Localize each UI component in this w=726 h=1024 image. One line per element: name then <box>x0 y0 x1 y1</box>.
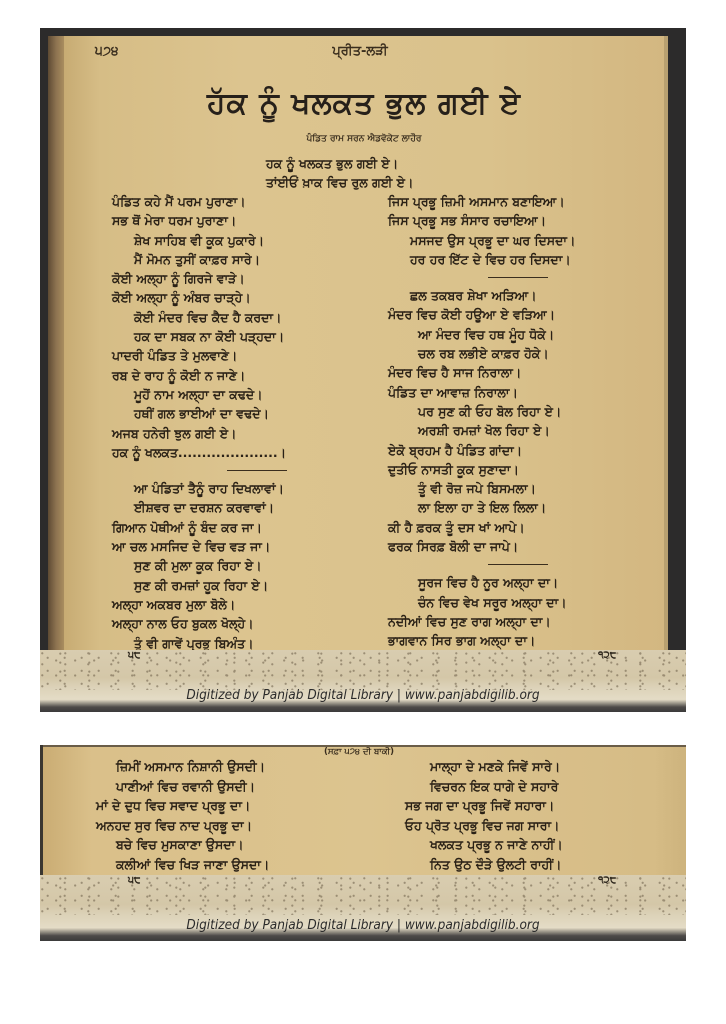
verse-line: ਮਸਜਦ ਉਸ ਪ੍ਰਭੂ ਦਾ ਘਰ ਦਿਸਦਾ। <box>388 231 658 250</box>
verse-line: ਪਾਦਰੀ ਪੰਡਿਤ ਤੇ ਮੁਲਵਾਣੇ। <box>112 346 382 365</box>
verse-line: ਸ਼ੇਖ ਸਾਹਿਬ ਵੀ ਕੂਕ ਪੁਕਾਰੇ। <box>112 231 382 250</box>
verse-line: ਪੰਡਿਤ ਕਹੇ ਮੈਂ ਪਰਮ ਪੁਰਾਣਾ। <box>112 192 382 211</box>
stanza-divider <box>488 564 548 565</box>
verse-line: ਅਲ੍ਹਾ ਨਾਲ ਓਹ ਬੁਕਲ ਖੋਲ੍ਹੇ। <box>112 614 382 633</box>
verse-line: ਕੋਈ ਮੰਦਰ ਵਿਚ ਕੈਦ ਹੈ ਕਰਦਾ। <box>112 308 382 327</box>
verse-line: ਅਰਸ਼ੀ ਰਮਜ਼ਾਂ ਖੋਲ ਰਿਹਾ ਏ। <box>388 421 658 440</box>
verse-line: ਜਿਸ ਪ੍ਰਭੂ ਸਭ ਸੰਸਾਰ ਰਚਾਇਆ। <box>388 211 658 230</box>
verse-line: ਨਦੀਆਂ ਵਿਚ ਸੁਣ ਰਾਗ ਅਲ੍ਹਾ ਦਾ। <box>388 612 658 631</box>
verse-line: ਆ ਚਲ ਮਸਜਿਦ ਦੇ ਵਿਚ ਵੜ ਜਾ। <box>112 537 382 556</box>
verse-line: ਕੋਈ ਅਲ੍ਹਾ ਨੂੰ ਅੰਬਰ ਚਾੜ੍ਹੇ। <box>112 288 382 307</box>
verse-line: ਫਰਕ ਸਿਰਫ਼ ਬੋਲੀ ਦਾ ਜਾਪੇ। <box>388 537 658 556</box>
verse-line: ਜਿਸ ਪ੍ਰਭੂ ਜ਼ਿਮੀ ਅਸਮਾਨ ਬਣਾਇਆ। <box>388 192 658 211</box>
refrain-line: ਤਾਂਈਓਂ ਖ਼ਾਕ ਵਿਚ ਰੁਲ ਗਈ ਏ। <box>266 173 413 192</box>
verse-line: ਮੰਦਰ ਵਿਚ ਹੈ ਸਾਜ ਨਿਰਾਲਾ। <box>388 363 658 382</box>
verse-line: ਪਾਣੀਆਂ ਵਿਚ ਰਵਾਨੀ ਉਸਦੀ। <box>96 777 269 797</box>
left-column: ਜ਼ਿਮੀਂ ਅਸਮਾਨ ਨਿਸ਼ਾਨੀ ਉਸਦੀ। ਪਾਣੀਆਂ ਵਿਚ ਰਵ… <box>96 757 269 875</box>
right-column: ਜਿਸ ਪ੍ਰਭੂ ਜ਼ਿਮੀ ਅਸਮਾਨ ਬਣਾਇਆ। ਜਿਸ ਪ੍ਰਭੂ ਸ… <box>388 192 658 674</box>
right-column: ਮਾਲ੍ਹਾ ਦੇ ਮਣਕੇ ਜਿਵੇਂ ਸਾਰੇ। ਵਿਚਰਨ ਇਕ ਧਾਗੇ… <box>430 757 563 875</box>
page-number: ੫੭੪ <box>95 44 119 59</box>
folio-mark-left: ੫੮ <box>128 875 141 886</box>
magazine-name: ਪ੍ਰੀਤ-ਲੜੀ <box>300 44 420 59</box>
verse-line: ਮੂਹੋਂ ਨਾਮ ਅਲ੍ਹਾ ਦਾ ਕਢਦੇ। <box>112 385 382 404</box>
verse-line: ਕਲੀਆਂ ਵਿਚ ਖਿੜ ਜਾਣਾ ਉਸਦਾ। <box>96 855 269 875</box>
verse-line: ਆ ਮੰਦਰ ਵਿਚ ਹਥ ਮੂੰਹ ਧੋਕੇ। <box>388 325 658 344</box>
verse-line: ਆ ਪੰਡਿਤਾਂ ਤੈਨੂੰ ਰਾਹ ਦਿਖਲਾਵਾਂ। <box>112 479 382 498</box>
poem-author: ਪੰਡਿਤ ਰਾਮ ਸਰਨ ਐਡਵੋਕੇਟ ਲਾਹੌਰ <box>64 134 664 144</box>
verse-line: ਬਚੇ ਵਿਚ ਮੁਸਕਾਣਾ ਉਸਦਾ। <box>96 835 269 855</box>
verse-line: ਸਭ ਜਗ ਦਾ ਪ੍ਰਭੂ ਜਿਵੇਂ ਸਹਾਰਾ। <box>405 796 563 816</box>
verse-line: ਅਨਹਦ ਸੁਰ ਵਿਚ ਨਾਦ ਪ੍ਰਭੂ ਦਾ। <box>96 816 269 836</box>
verse-line: ਏਕੋ ਬ੍ਰਹਮ ਹੈ ਪੰਡਿਤ ਗਾਂਦਾ। <box>388 441 658 460</box>
page-edge <box>664 36 668 662</box>
stanza-divider <box>488 277 548 278</box>
verse-line: ਪਰ ਸੁਣ ਕੀ ਓਹ ਬੋਲ ਰਿਹਾ ਏ। <box>388 402 658 421</box>
verse-line: ਪੰਡਿਤ ਦਾ ਆਵਾਜ਼ ਨਿਰਾਲਾ। <box>388 383 658 402</box>
verse-line: ਗਿਆਨ ਪੋਥੀਆਂ ਨੂੰ ਬੰਦ ਕਰ ਜਾ। <box>112 518 382 537</box>
verse-line: ਰਬ ਦੇ ਰਾਹ ਨੂੰ ਕੋਈ ਨ ਜਾਣੇ। <box>112 366 382 385</box>
verse-line: ਨਿਤ ਉਠ ਦੌੜੇ ਉਲਟੀ ਰਾਹੀਂ। <box>430 855 563 875</box>
verse-line: ਭਾਗਵਾਨ ਸਿਰ ਭਾਗ ਅਲ੍ਹਾ ਦਾ। <box>388 631 658 650</box>
poem-title: ਹੱਕ ਨੂੰ ਖਲਕਤ ਭੁਲ ਗਈ ਏ <box>64 86 664 121</box>
verse-line: ਹਥੀਂ ਗਲ ਭਾਈਆਂ ਦਾ ਵਢਦੇ। <box>112 404 382 423</box>
verse-line: ਦੁਤੀਓ ਨਾਸਤੀ ਕੂਕ ਸੁਣਾਦਾ। <box>388 460 658 479</box>
verse-line: ਸਭ ਥੋਂ ਮੇਰਾ ਧਰਮ ਪੁਰਾਣਾ। <box>112 211 382 230</box>
scan-page-574: ੫੭੪ ਪ੍ਰੀਤ-ਲੜੀ ਹੱਕ ਨੂੰ ਖਲਕਤ ਭੁਲ ਗਈ ਏ ਪੰਡਿ… <box>40 28 686 712</box>
verse-line: ਜ਼ਿਮੀਂ ਅਸਮਾਨ ਨਿਸ਼ਾਨੀ ਉਸਦੀ। <box>96 757 269 777</box>
verse-line: ਸੂਰਜ ਵਿਚ ਹੈ ਨੂਰ ਅਲ੍ਹਾ ਦਾ। <box>388 573 658 592</box>
stanza-divider <box>227 470 287 471</box>
verse-line: ਈਸ਼ਵਰ ਦਾ ਦਰਸ਼ਨ ਕਰਵਾਵਾਂ। <box>112 498 382 517</box>
verse-line: ਹਕ ਦਾ ਸਬਕ ਨਾ ਕੋਈ ਪੜ੍ਹਦਾ। <box>112 327 382 346</box>
verse-line: ਓਹ ਪ੍ਰੋਤ ਪ੍ਰਭੂ ਵਿਚ ਜਗ ਸਾਰਾ। <box>405 816 563 836</box>
verse-line: ਮੈਂ ਮੋਮਨ ਤੁਸੀਂ ਕਾਫ਼ਰ ਸਾਰੇ। <box>112 250 382 269</box>
verse-line: ਚੰਨ ਵਿਚ ਵੇਖ ਸਰੂਰ ਅਲ੍ਹਾ ਦਾ। <box>388 593 658 612</box>
left-column: ਪੰਡਿਤ ਕਹੇ ਮੈਂ ਪਰਮ ਪੁਰਾਣਾ। ਸਭ ਥੋਂ ਮੇਰਾ ਧਰ… <box>112 192 382 672</box>
verse-line: ਸੁਣ ਕੀ ਰਮਜ਼ਾਂ ਹੂਕ ਰਿਹਾ ਏ। <box>112 576 382 595</box>
verse-line: ਹਕ ਨੂੰ ਖਲਕਤ.....................। <box>112 443 382 462</box>
verse-line: ਤੂੰ ਵੀ ਰੋਜ਼ ਜਪੇ ਬਿਸਮਲਾ। <box>388 479 658 498</box>
verse-line: ਮਾਂ ਦੇ ਦੁਧ ਵਿਚ ਸਵਾਦ ਪ੍ਰਭੂ ਦਾ। <box>96 796 269 816</box>
page-edge <box>40 745 43 875</box>
scan-page-575-continuation: (ਸਫ਼ਾ ੫੭੪ ਦੀ ਬਾਕੀ) ਜ਼ਿਮੀਂ ਅਸਮਾਨ ਨਿਸ਼ਾਨੀ … <box>40 745 686 941</box>
verse-line: ਵਿਚਰਨ ਇਕ ਧਾਗੇ ਦੇ ਸਹਾਰੇ <box>430 777 563 797</box>
verse-line: ਛਲ ਤਕਬਰ ਸ਼ੇਖਾ ਅੜਿਆ। <box>388 286 658 305</box>
verse-line: ਅਜਬ ਹਨੇਰੀ ਝੁਲ ਗਈ ਏ। <box>112 424 382 443</box>
verse-line: ਸੁਣ ਕੀ ਮੁਲਾ ਕੂਕ ਰਿਹਾ ਏ। <box>112 556 382 575</box>
verse-line: ਕੀ ਹੈ ਫ਼ਰਕ ਤੂੰ ਦਸ ਖਾਂ ਆਪੇ। <box>388 518 658 537</box>
verse-line: ਲਾ ਇਲਾ ਹਾ ਤੇ ਇਲ ਲਿਲਾ। <box>388 498 658 517</box>
verse-line: ਕੋਈ ਅਲ੍ਹਾ ਨੂੰ ਗਿਰਜੇ ਵਾੜੇ। <box>112 269 382 288</box>
verse-line: ਚਲ ਰਬ ਲਭੀਏ ਕਾਫ਼ਰ ਹੋਕੇ। <box>388 344 658 363</box>
digitized-credit: Digitized by Panjab Digital Library | ww… <box>40 917 686 933</box>
folio-mark-right: ੧੨੮ <box>598 650 616 661</box>
refrain-line: ਹਕ ਨੂੰ ਖਲਕਤ ਭੁਲ ਗਈ ਏ। <box>266 154 413 173</box>
verse-line: ਹਰ ਹਰ ਇੱਟ ਦੇ ਵਿਚ ਹਰ ਦਿਸਦਾ। <box>388 250 658 269</box>
folio-mark-left: ੫੮ <box>128 650 141 661</box>
verse-line: ਮੰਦਰ ਵਿਚ ਕੋਈ ਹਊਆ ਏ ਵੜਿਆ। <box>388 305 658 324</box>
poem-refrain: ਹਕ ਨੂੰ ਖਲਕਤ ਭੁਲ ਗਈ ਏ। ਤਾਂਈਓਂ ਖ਼ਾਕ ਵਿਚ ਰੁ… <box>266 154 413 192</box>
verse-line: ਖਲਕਤ ਪ੍ਰਭੂ ਨ ਜਾਣੇ ਨਾਹੀਂ। <box>430 835 563 855</box>
digitized-credit: Digitized by Panjab Digital Library | ww… <box>40 687 686 703</box>
continuation-header: (ਸਫ਼ਾ ੫੭੪ ਦੀ ਬਾਕੀ) <box>324 747 394 757</box>
folio-mark-right: ੧੨੮ <box>598 875 616 886</box>
verse-line: ਅਲ੍ਹਾ ਅਕਬਰ ਮੁਲਾ ਬੋਲੇ। <box>112 595 382 614</box>
verse-line: ਮਾਲ੍ਹਾ ਦੇ ਮਣਕੇ ਜਿਵੇਂ ਸਾਰੇ। <box>430 757 563 777</box>
